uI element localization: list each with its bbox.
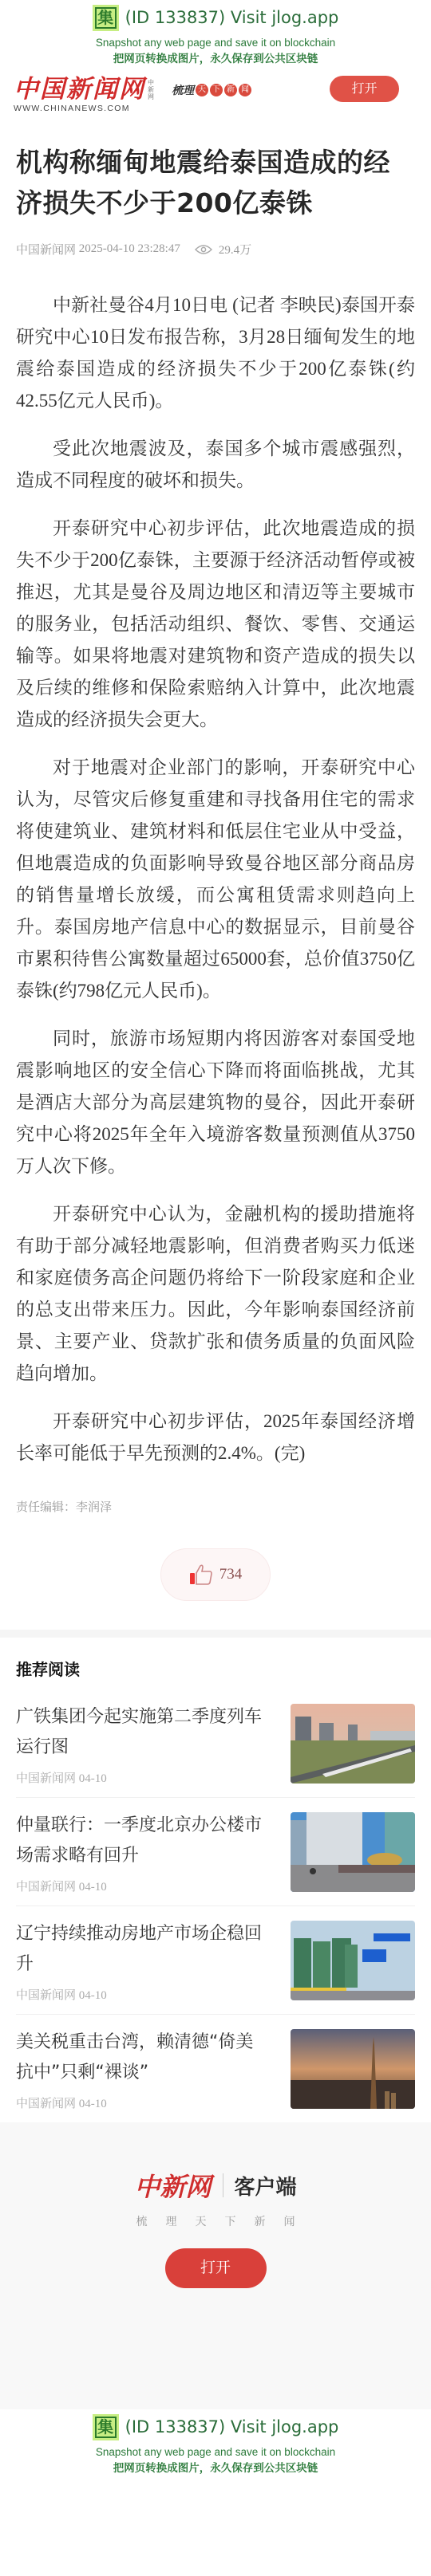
recommended-title[interactable]: 仲量联行：一季度北京办公楼市场需求略有回升	[16, 1811, 263, 1871]
like-button[interactable]: 734	[160, 1548, 271, 1601]
recommended-title[interactable]: 辽宁持续推动房地产市场企稳回升	[16, 1919, 263, 1980]
header-slogan: 梳理 天 下 新 闻	[172, 82, 251, 98]
jlog-logo-icon: 集	[93, 2414, 119, 2440]
recommended-thumbnail[interactable]	[291, 1812, 415, 1892]
article-datetime: 2025-04-10 23:28:47	[79, 242, 180, 256]
recommended-section: 推荐阅读 广铁集团今起实施第二季度列车运行图 中国新闻网 04-10 仲量联行：…	[0, 1657, 431, 2122]
article-title: 机构称缅甸地震给泰国造成的经济损失不少于200亿泰铢	[16, 142, 415, 223]
section-divider	[0, 1630, 431, 1638]
paragraph: 开泰研究中心认为，金融机构的援助措施将有助于部分减轻地震影响，但消费者购买力低迷…	[16, 1198, 415, 1390]
recommended-source: 中国新闻网 04-10	[16, 1986, 263, 2003]
thumbs-up-icon	[189, 1563, 213, 1586]
app-promo: 中新网 客户端 梳理天下新闻 打开	[0, 2122, 431, 2409]
article-meta: 中国新闻网 2025-04-10 23:28:47 29.4万	[16, 241, 415, 258]
jlog-id-line[interactable]: (ID 133837) Visit jlog.app	[125, 2417, 339, 2436]
recommended-title[interactable]: 广铁集团今起实施第二季度列车运行图	[16, 1702, 263, 1763]
eye-icon	[195, 244, 212, 255]
logo-side-text: 中 新 网	[148, 79, 154, 100]
recommended-item[interactable]: 仲量联行：一季度北京办公楼市场需求略有回升 中国新闻网 04-10	[16, 1798, 415, 1906]
promo-client-label: 客户端	[235, 2171, 297, 2200]
bull-statue-photo	[291, 1812, 415, 1892]
promo-brand-logo: 中新网	[134, 2167, 211, 2204]
promo-tagline: 梳理天下新闻	[0, 2213, 431, 2229]
jlog-cn-line: 把网页转换成图片，永久保存到公共区块链	[0, 2459, 431, 2475]
view-count: 29.4万	[219, 241, 251, 258]
recommended-thumbnail[interactable]	[291, 2029, 415, 2109]
brand-divider	[223, 2173, 223, 2197]
jlog-logo-icon: 集	[93, 5, 119, 31]
construction-photo	[291, 1921, 415, 2000]
jlog-banner-top: 集 (ID 133837) Visit jlog.app Snapshot an…	[0, 0, 431, 64]
paragraph: 受此次地震波及，泰国多个城市震感强烈，造成不同程度的破坏和损失。	[16, 433, 415, 497]
article-body: 中新社曼谷4月10日电 (记者 李映民)泰国开泰研究中心10日发布报告称，3月2…	[16, 289, 415, 1469]
recommended-title[interactable]: 美关税重击台湾，赖清德“倚美抗中”只剩“裸谈”	[16, 2027, 263, 2088]
recommended-source: 中国新闻网 04-10	[16, 1769, 263, 1786]
open-app-button-top[interactable]: 打开	[330, 76, 399, 102]
paragraph: 开泰研究中心初步评估，此次地震造成的损失不少于200亿泰铢，主要源于经济活动暂停…	[16, 513, 415, 736]
chinanews-logo[interactable]: 中国新闻网 WWW.CHINANEWS.COM 中 新 网	[14, 75, 154, 113]
paragraph: 同时，旅游市场短期内将因游客对泰国受地震影响地区的安全信心下降而将面临挑战，尤其…	[16, 1023, 415, 1182]
jlog-id-line[interactable]: (ID 133837) Visit jlog.app	[125, 8, 339, 27]
recommended-source: 中国新闻网 04-10	[16, 2094, 263, 2111]
article: 机构称缅甸地震给泰国造成的经济损失不少于200亿泰铢 中国新闻网 2025-04…	[0, 142, 431, 1601]
responsible-editor: 责任编辑：李润泽	[16, 1498, 415, 1515]
recommended-item[interactable]: 美关税重击台湾，赖清德“倚美抗中”只剩“裸谈” 中国新闻网 04-10	[16, 2015, 415, 2122]
jlog-en-line: Snapshot any web page and save it on blo…	[0, 37, 431, 49]
site-header: 中国新闻网 WWW.CHINANEWS.COM 中 新 网 梳理 天 下 新 闻…	[0, 64, 431, 124]
open-app-button-bottom[interactable]: 打开	[165, 2248, 267, 2288]
jlog-banner-bottom: 集 (ID 133837) Visit jlog.app Snapshot an…	[0, 2409, 431, 2474]
recommended-thumbnail[interactable]	[291, 1704, 415, 1784]
recommended-item[interactable]: 辽宁持续推动房地产市场企稳回升 中国新闻网 04-10	[16, 1906, 415, 2015]
paragraph: 开泰研究中心初步评估，2025年泰国经济增长率可能低于早先预测的2.4%。(完)	[16, 1406, 415, 1469]
paragraph: 对于地震对企业部门的影响，开泰研究中心认为，尽管灾后修复重建和寻找备用住宅的需求…	[16, 752, 415, 1007]
jlog-cn-line: 把网页转换成图片，永久保存到公共区块链	[0, 49, 431, 65]
logo-text: 中国新闻网	[14, 75, 145, 104]
recommended-item[interactable]: 广铁集团今起实施第二季度列车运行图 中国新闻网 04-10	[16, 1689, 415, 1798]
taipei-skyline-photo	[291, 2029, 415, 2109]
article-source: 中国新闻网	[16, 241, 76, 258]
jlog-en-line: Snapshot any web page and save it on blo…	[0, 2446, 431, 2458]
train-photo	[291, 1704, 415, 1784]
logo-url: WWW.CHINANEWS.COM	[14, 104, 145, 113]
like-count: 734	[219, 1566, 243, 1583]
recommended-source: 中国新闻网 04-10	[16, 1878, 263, 1894]
recommended-thumbnail[interactable]	[291, 1921, 415, 2000]
recommended-heading: 推荐阅读	[16, 1657, 415, 1680]
paragraph: 中新社曼谷4月10日电 (记者 李映民)泰国开泰研究中心10日发布报告称，3月2…	[16, 289, 415, 417]
